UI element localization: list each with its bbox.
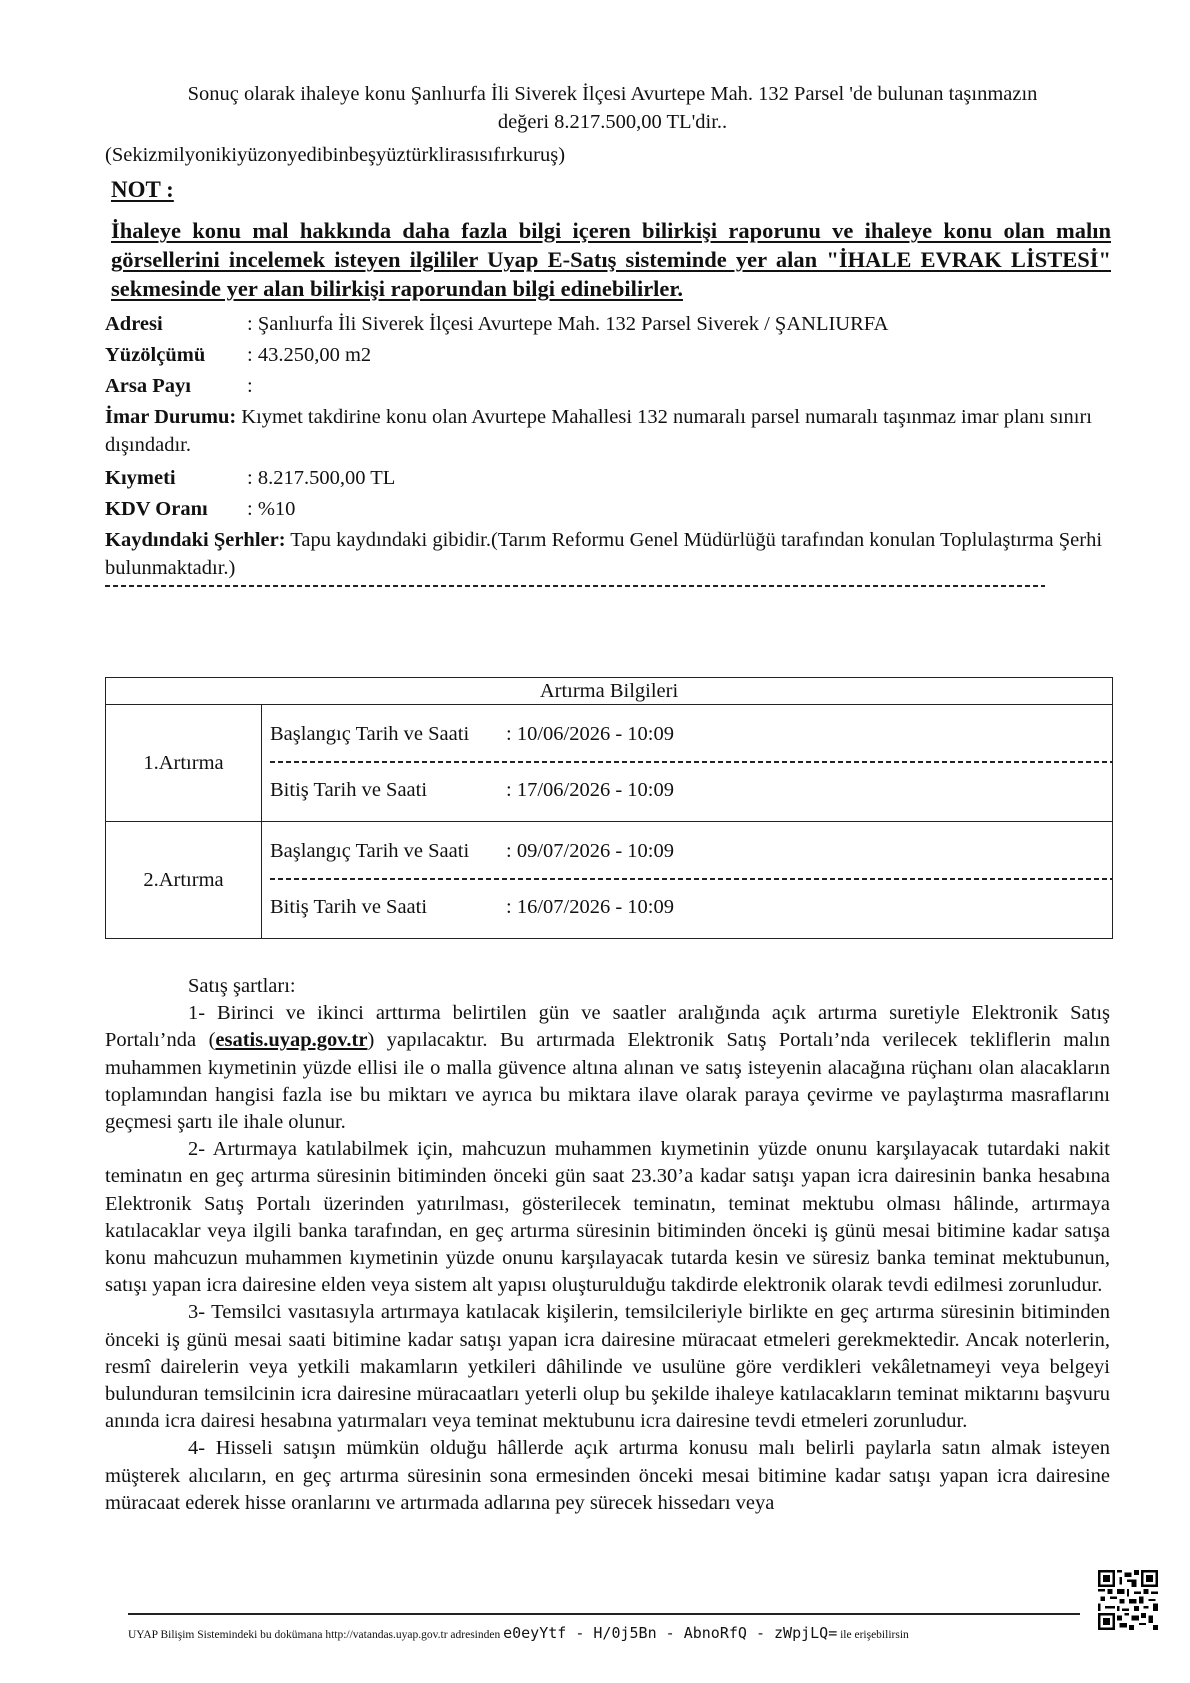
term-3: 3- Temsilci vasıtasıyla artırmaya katıla…: [105, 1299, 1110, 1435]
end-value: : 16/07/2026 - 10:09: [506, 896, 674, 918]
table-row: 1.Artırma Başlangıç Tarih ve Saati: 10/0…: [106, 705, 1113, 822]
land-share-value: :: [247, 375, 253, 397]
end-value: : 17/06/2026 - 10:09: [506, 779, 674, 801]
term-2: 2- Artırmaya katılabilmek için, mahcuzun…: [105, 1136, 1110, 1299]
round-dates: Başlangıç Tarih ve Saati: 09/07/2026 - 1…: [262, 822, 1113, 939]
sale-terms: Satış şartları: 1- Birinci ve ikinci art…: [105, 973, 1110, 1517]
note-body: İhaleye konu mal hakkında daha fazla bil…: [111, 216, 1111, 303]
dashed-separator: [270, 878, 1112, 880]
terms-title: Satış şartları:: [105, 973, 1110, 1000]
auction-table-title: Artırma Bilgileri: [106, 678, 1113, 705]
address-value: : Şanlıurfa İli Siverek İlçesi Avurtepe …: [247, 313, 888, 335]
auction-info-table: Artırma Bilgileri 1.Artırma Başlangıç Ta…: [105, 677, 1113, 939]
vat-label: KDV Oranı: [105, 495, 247, 523]
dashed-separator: [270, 761, 1112, 763]
annotations-label: Kaydındaki Şerhler:: [105, 526, 286, 554]
verification-code: e0eyYtf - H/0j5Bn - AbnoRfQ - zWpjLQ=: [503, 1624, 837, 1642]
vat-value: : %10: [247, 498, 295, 520]
note-label: NOT :: [111, 177, 174, 203]
land-share-label: Arsa Payı: [105, 372, 247, 400]
field-vat: KDV Oranı: %10: [105, 495, 295, 523]
round-dates: Başlangıç Tarih ve Saati: 10/06/2026 - 1…: [262, 705, 1113, 822]
end-label: Bitiş Tarih ve Saati: [270, 775, 506, 805]
end-label: Bitiş Tarih ve Saati: [270, 892, 506, 922]
area-label: Yüzölçümü: [105, 341, 247, 369]
zoning-label: İmar Durumu:: [105, 403, 236, 431]
area-value: : 43.250,00 m2: [247, 344, 371, 366]
field-value: Kıymeti: 8.217.500,00 TL: [105, 464, 395, 492]
footer-prefix: UYAP Bilişim Sistemindeki bu dokümana ht…: [128, 1629, 503, 1641]
field-zoning: İmar Durumu: Kıymet takdirine konu olan …: [105, 403, 1115, 459]
field-address: Adresi: Şanlıurfa İli Siverek İlçesi Avu…: [105, 310, 888, 338]
table-row: 2.Artırma Başlangıç Tarih ve Saati: 09/0…: [106, 822, 1113, 939]
field-area: Yüzölçümü: 43.250,00 m2: [105, 341, 371, 369]
field-annotations: Kaydındaki Şerhler: Tapu kaydındaki gibi…: [105, 526, 1115, 582]
value-value: : 8.217.500,00 TL: [247, 467, 395, 489]
field-land-share: Arsa Payı:: [105, 372, 253, 400]
footer-suffix: ile erişebilirsin: [837, 1629, 909, 1641]
valuation-summary: Sonuç olarak ihaleye konu Şanlıurfa İli …: [110, 80, 1115, 136]
term-1: 1- Birinci ve ikinci arttırma belirtilen…: [105, 1000, 1110, 1136]
dashed-divider: [105, 585, 1045, 587]
zoning-value: Kıymet takdirine konu olan Avurtepe Maha…: [105, 406, 1092, 456]
address-label: Adresi: [105, 310, 247, 338]
footer-verification: UYAP Bilişim Sistemindeki bu dokümana ht…: [128, 1625, 909, 1643]
summary-line-2: değeri 8.217.500,00 TL'dir..: [110, 108, 1115, 136]
start-value: : 09/07/2026 - 10:09: [506, 840, 674, 862]
start-label: Başlangıç Tarih ve Saati: [270, 719, 506, 749]
summary-line-1: Sonuç olarak ihaleye konu Şanlıurfa İli …: [110, 80, 1115, 108]
footer-rule: [128, 1613, 1080, 1615]
round-name: 2.Artırma: [106, 822, 262, 939]
esatis-link[interactable]: esatis.uyap.gov.tr: [215, 1029, 367, 1051]
start-label: Başlangıç Tarih ve Saati: [270, 836, 506, 866]
amount-in-words: (Sekizmilyonikiyüzonyedibinbeşyüztürklir…: [105, 141, 565, 169]
start-value: : 10/06/2026 - 10:09: [506, 723, 674, 745]
value-label: Kıymeti: [105, 464, 247, 492]
round-name: 1.Artırma: [106, 705, 262, 822]
qr-code-icon: [1098, 1570, 1158, 1630]
term-4: 4- Hisseli satışın mümkün olduğu hâllerd…: [105, 1435, 1110, 1517]
